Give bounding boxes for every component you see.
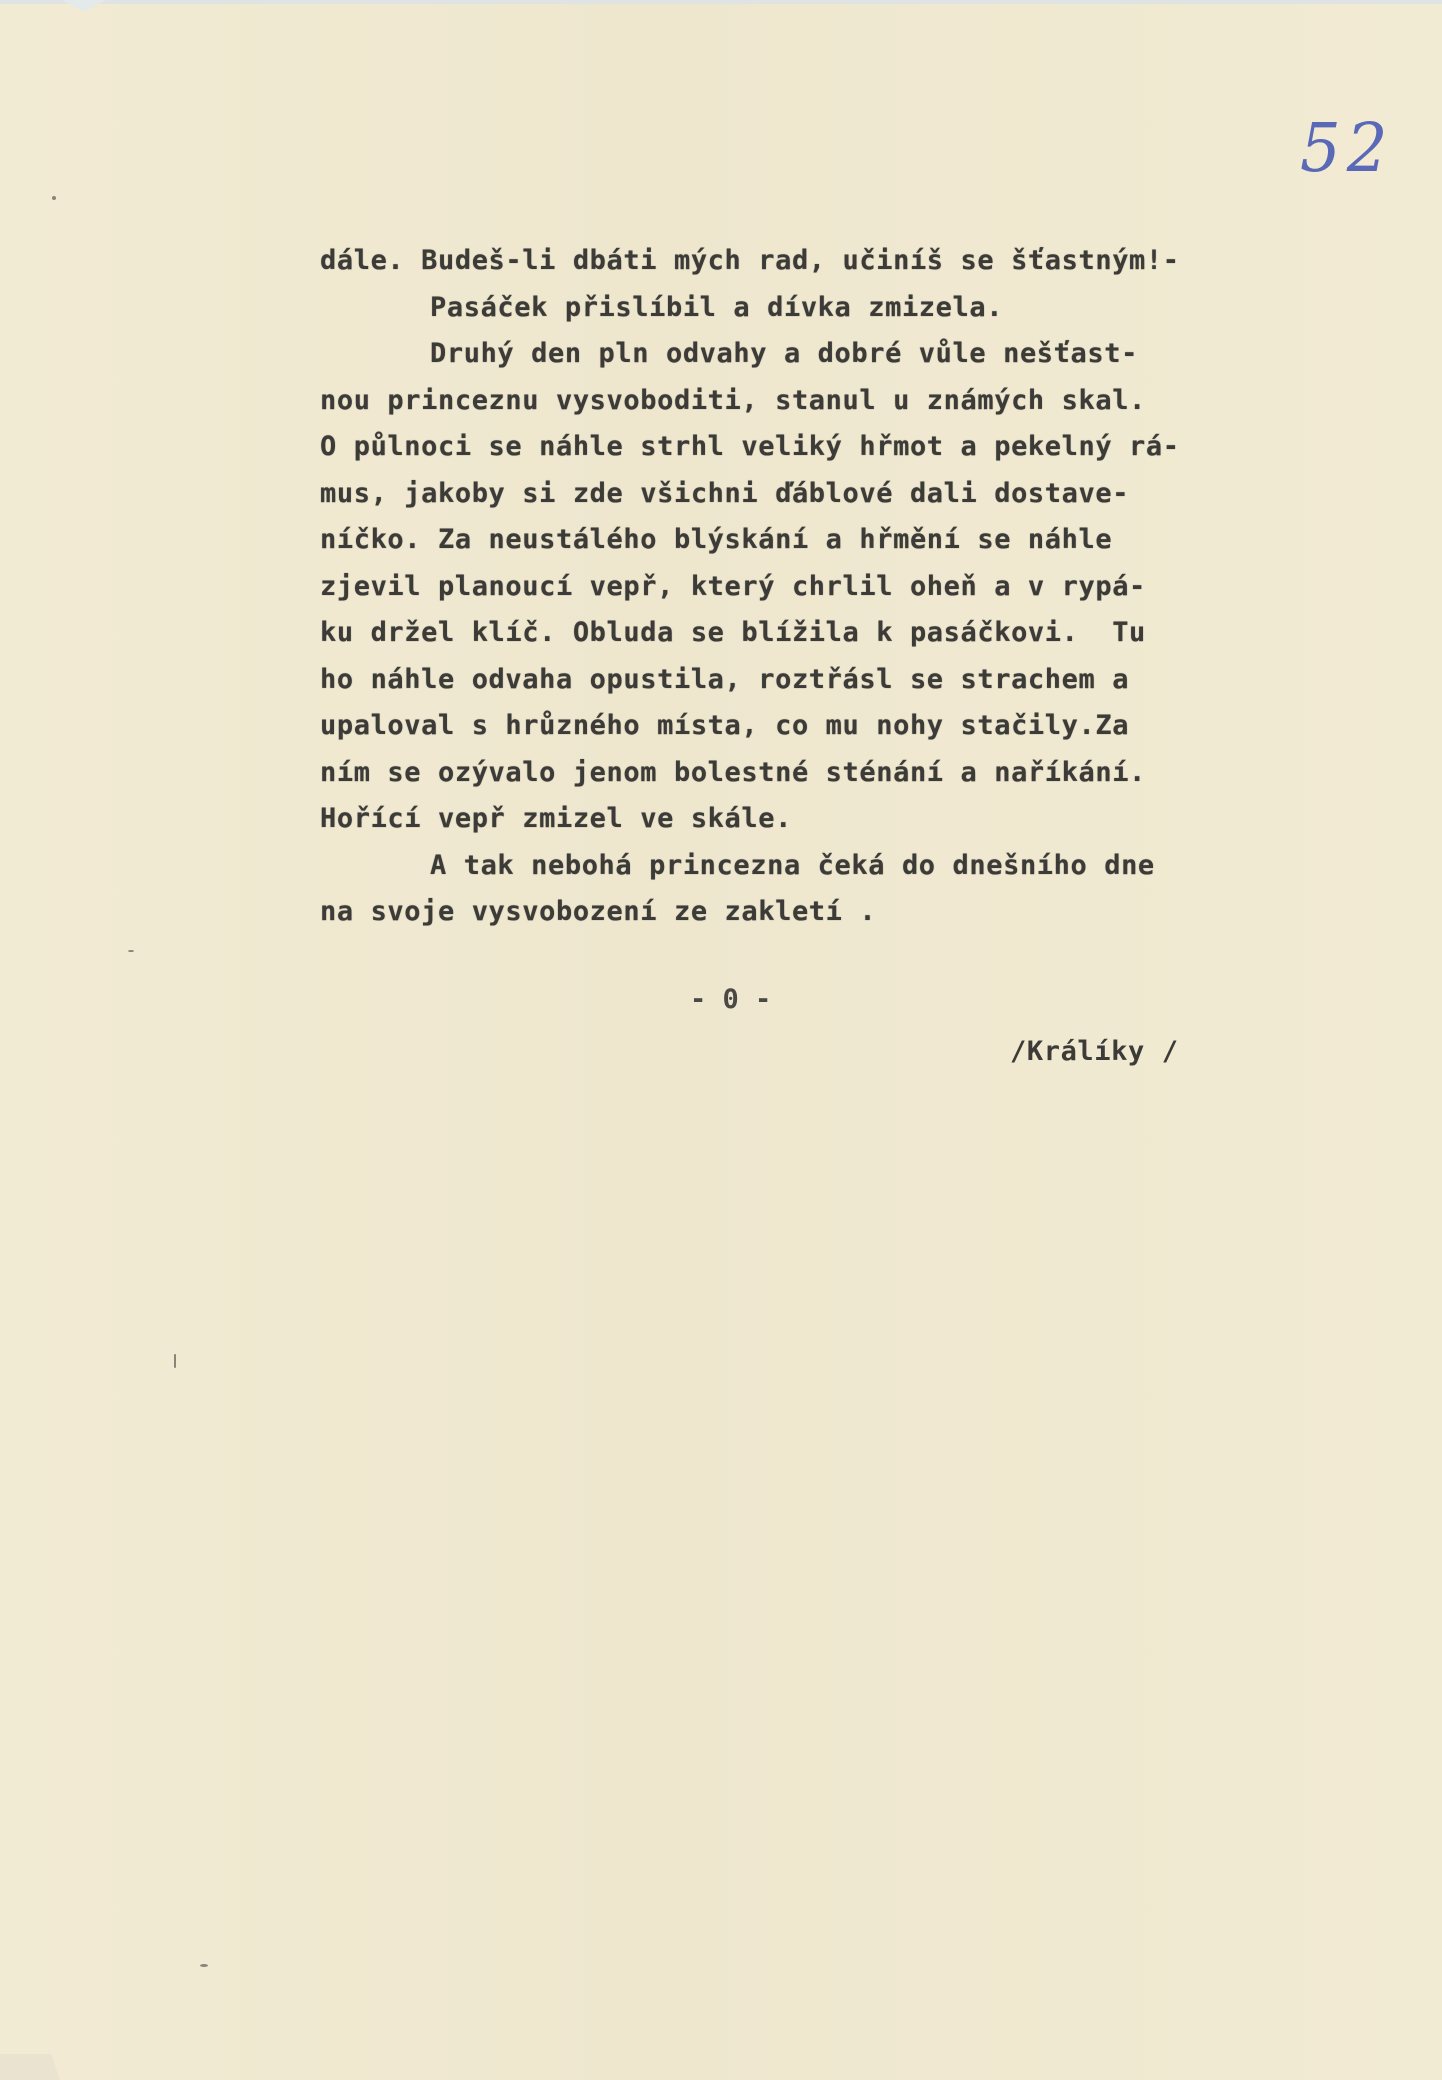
section-separator: - 0 -: [690, 984, 771, 1015]
text-line: nou princeznu vysvoboditi, stanul u znám…: [320, 378, 1280, 425]
corner-fold: [0, 2054, 60, 2080]
scan-edge: [0, 0, 1442, 4]
handwritten-page-number: 52: [1300, 110, 1393, 188]
document-page: 52 dále. Budeš-li dbáti mých rad, učiníš…: [0, 0, 1442, 2080]
typewritten-text: dále. Budeš-li dbáti mých rad, učiníš se…: [320, 238, 1280, 936]
text-line: ku držel klíč. Obluda se blížila k pasáč…: [320, 610, 1280, 657]
text-line: níčko. Za neustálého blýskání a hřmění s…: [320, 517, 1280, 564]
text-line: mus, jakoby si zde všichni ďáblové dali …: [320, 471, 1280, 518]
text-line: ho náhle odvaha opustila, roztřásl se st…: [320, 657, 1280, 704]
text-line: zjevil planoucí vepř, který chrlil oheň …: [320, 564, 1280, 611]
paper-notch: [62, 0, 106, 12]
text-line: na svoje vysvobození ze zakletí .: [320, 889, 1280, 936]
text-line: Pasáček přislíbil a dívka zmizela.: [320, 285, 1280, 332]
paper-speck: [52, 196, 56, 200]
paper-speck: [128, 950, 134, 952]
signature-place: /Králíky /: [1010, 1036, 1179, 1067]
text-line: O půlnoci se náhle strhl veliký hřmot a …: [320, 424, 1280, 471]
paper-speck: [200, 1964, 208, 1967]
text-line: A tak nebohá princezna čeká do dnešního …: [320, 843, 1280, 890]
paper-speck: [174, 1354, 176, 1368]
text-line: ním se ozývalo jenom bolestné sténání a …: [320, 750, 1280, 797]
text-line: upaloval s hrůzného místa, co mu nohy st…: [320, 703, 1280, 750]
text-line: Druhý den pln odvahy a dobré vůle nešťas…: [320, 331, 1280, 378]
text-line: Hořící vepř zmizel ve skále.: [320, 796, 1280, 843]
text-line: dále. Budeš-li dbáti mých rad, učiníš se…: [320, 238, 1280, 285]
